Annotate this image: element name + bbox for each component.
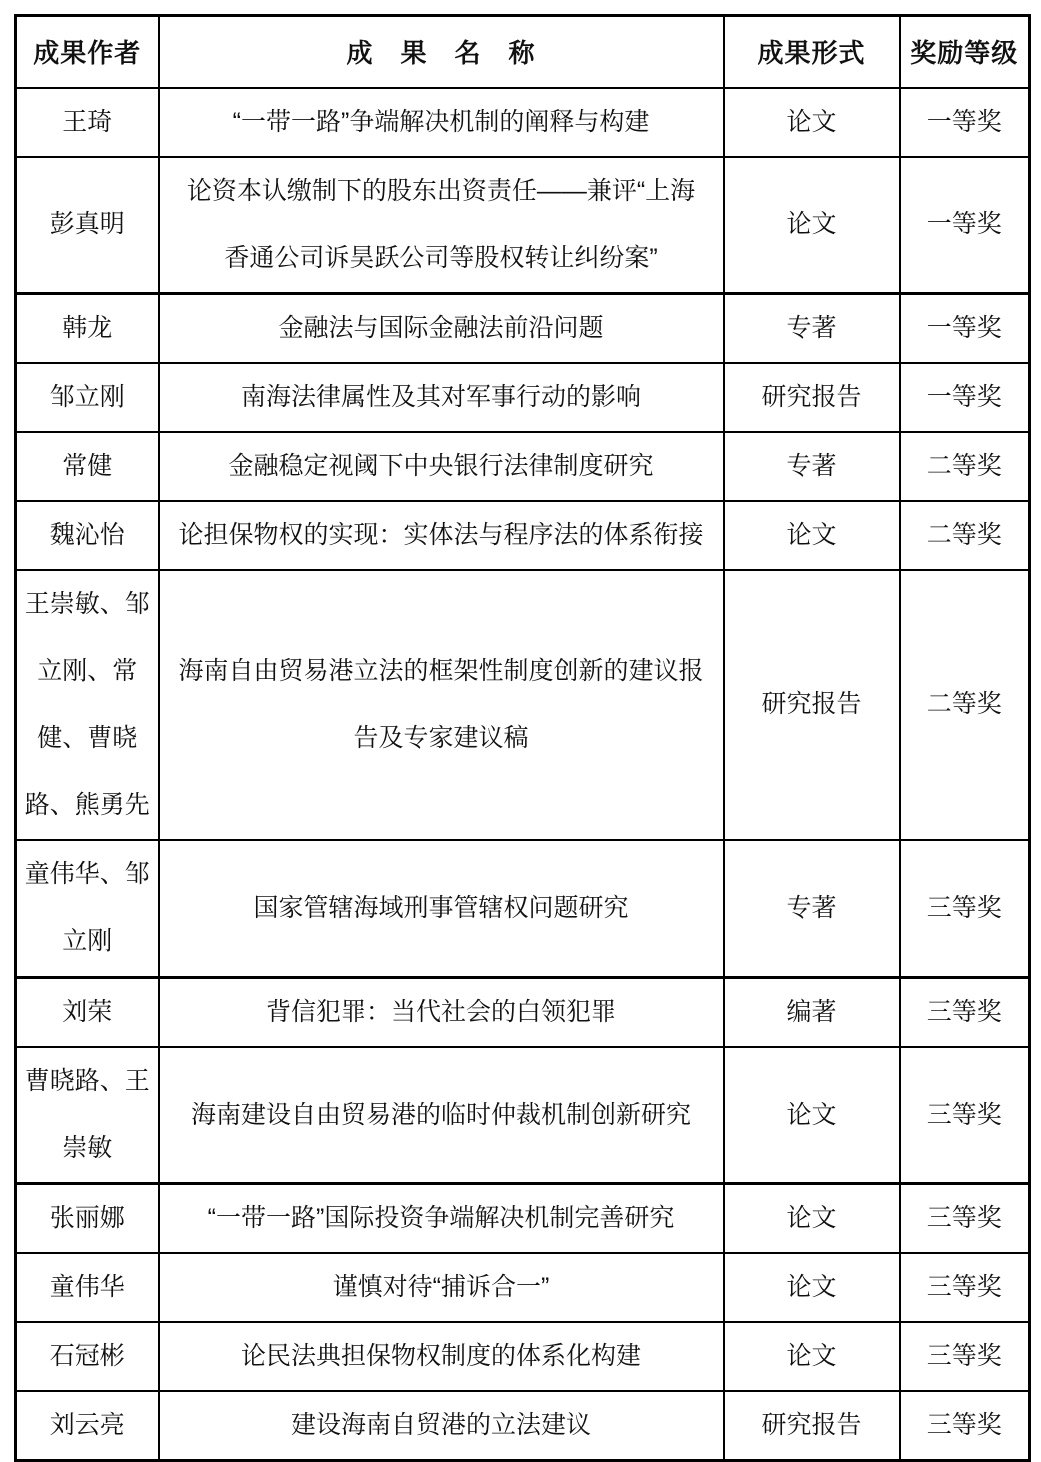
awards-table: 成果作者 成 果 名 称 成果形式 奖励等级 王琦 “一带一路”争端解决机制的阐… — [14, 14, 1031, 1462]
cell-title: 金融法与国际金融法前沿问题 — [159, 293, 724, 363]
cell-author: 韩龙 — [16, 293, 159, 363]
cell-award: 三等奖 — [900, 978, 1030, 1048]
col-header-author: 成果作者 — [16, 16, 159, 88]
cell-title: 论资本认缴制下的股东出资责任——兼评“上海 香通公司诉昊跃公司等股权转让纠纷案” — [159, 157, 724, 294]
cell-title: 南海法律属性及其对军事行动的影响 — [159, 363, 724, 432]
col-header-title: 成 果 名 称 — [159, 16, 724, 88]
cell-form: 研究报告 — [724, 363, 900, 432]
col-header-award: 奖励等级 — [900, 16, 1030, 88]
cell-form: 论文 — [724, 501, 900, 570]
cell-title: “一带一路”争端解决机制的阐释与构建 — [159, 88, 724, 157]
cell-form: 专著 — [724, 840, 900, 978]
cell-form: 编著 — [724, 978, 900, 1048]
cell-form: 论文 — [724, 1322, 900, 1391]
table-row: 魏沁怡 论担保物权的实现：实体法与程序法的体系衔接 论文 二等奖 — [16, 501, 1030, 570]
col-header-form: 成果形式 — [724, 16, 900, 88]
table-row: 彭真明 论资本认缴制下的股东出资责任——兼评“上海 香通公司诉昊跃公司等股权转让… — [16, 157, 1030, 294]
cell-award: 一等奖 — [900, 88, 1030, 157]
table-row: 童伟华、邹 立刚 国家管辖海域刑事管辖权问题研究 专著 三等奖 — [16, 840, 1030, 978]
cell-title: “一带一路”国际投资争端解决机制完善研究 — [159, 1184, 724, 1254]
cell-form: 研究报告 — [724, 570, 900, 840]
cell-author: 王崇敏、邹 立刚、常 健、曹晓 路、熊勇先 — [16, 570, 159, 840]
cell-author: 邹立刚 — [16, 363, 159, 432]
cell-title: 论担保物权的实现：实体法与程序法的体系衔接 — [159, 501, 724, 570]
table-row: 童伟华 谨慎对待“捕诉合一” 论文 三等奖 — [16, 1253, 1030, 1322]
cell-author: 曹晓路、王 崇敏 — [16, 1047, 159, 1184]
cell-award: 三等奖 — [900, 1184, 1030, 1254]
table-row: 刘云亮 建设海南自贸港的立法建议 研究报告 三等奖 — [16, 1391, 1030, 1461]
cell-author: 刘荣 — [16, 978, 159, 1048]
cell-author: 童伟华、邹 立刚 — [16, 840, 159, 978]
table-row: 王琦 “一带一路”争端解决机制的阐释与构建 论文 一等奖 — [16, 88, 1030, 157]
cell-author: 童伟华 — [16, 1253, 159, 1322]
cell-title: 海南建设自由贸易港的临时仲裁机制创新研究 — [159, 1047, 724, 1184]
cell-author: 张丽娜 — [16, 1184, 159, 1254]
cell-award: 一等奖 — [900, 363, 1030, 432]
cell-award: 一等奖 — [900, 293, 1030, 363]
cell-title: 国家管辖海域刑事管辖权问题研究 — [159, 840, 724, 978]
cell-form: 论文 — [724, 1253, 900, 1322]
cell-form: 专著 — [724, 432, 900, 501]
cell-title: 海南自由贸易港立法的框架性制度创新的建议报 告及专家建议稿 — [159, 570, 724, 840]
table-row: 石冠彬 论民法典担保物权制度的体系化构建 论文 三等奖 — [16, 1322, 1030, 1391]
cell-author: 彭真明 — [16, 157, 159, 294]
cell-award: 三等奖 — [900, 1322, 1030, 1391]
cell-author: 刘云亮 — [16, 1391, 159, 1461]
table-row: 常健 金融稳定视阈下中央银行法律制度研究 专著 二等奖 — [16, 432, 1030, 501]
cell-title: 论民法典担保物权制度的体系化构建 — [159, 1322, 724, 1391]
cell-form: 研究报告 — [724, 1391, 900, 1461]
cell-title: 背信犯罪：当代社会的白领犯罪 — [159, 978, 724, 1048]
table-row: 曹晓路、王 崇敏 海南建设自由贸易港的临时仲裁机制创新研究 论文 三等奖 — [16, 1047, 1030, 1184]
cell-award: 三等奖 — [900, 840, 1030, 978]
cell-award: 三等奖 — [900, 1253, 1030, 1322]
cell-author: 常健 — [16, 432, 159, 501]
cell-author: 石冠彬 — [16, 1322, 159, 1391]
cell-form: 论文 — [724, 157, 900, 294]
table-row: 张丽娜 “一带一路”国际投资争端解决机制完善研究 论文 三等奖 — [16, 1184, 1030, 1254]
table-row: 王崇敏、邹 立刚、常 健、曹晓 路、熊勇先 海南自由贸易港立法的框架性制度创新的… — [16, 570, 1030, 840]
cell-author: 魏沁怡 — [16, 501, 159, 570]
cell-title: 谨慎对待“捕诉合一” — [159, 1253, 724, 1322]
cell-award: 三等奖 — [900, 1391, 1030, 1461]
cell-award: 三等奖 — [900, 1047, 1030, 1184]
cell-author: 王琦 — [16, 88, 159, 157]
cell-award: 一等奖 — [900, 157, 1030, 294]
cell-form: 论文 — [724, 1047, 900, 1184]
cell-award: 二等奖 — [900, 501, 1030, 570]
cell-title: 金融稳定视阈下中央银行法律制度研究 — [159, 432, 724, 501]
header-row: 成果作者 成 果 名 称 成果形式 奖励等级 — [16, 16, 1030, 88]
cell-form: 专著 — [724, 293, 900, 363]
cell-award: 二等奖 — [900, 570, 1030, 840]
table-row: 韩龙 金融法与国际金融法前沿问题 专著 一等奖 — [16, 293, 1030, 363]
cell-title: 建设海南自贸港的立法建议 — [159, 1391, 724, 1461]
cell-form: 论文 — [724, 1184, 900, 1254]
cell-award: 二等奖 — [900, 432, 1030, 501]
table-row: 刘荣 背信犯罪：当代社会的白领犯罪 编著 三等奖 — [16, 978, 1030, 1048]
table-row: 邹立刚 南海法律属性及其对军事行动的影响 研究报告 一等奖 — [16, 363, 1030, 432]
cell-form: 论文 — [724, 88, 900, 157]
